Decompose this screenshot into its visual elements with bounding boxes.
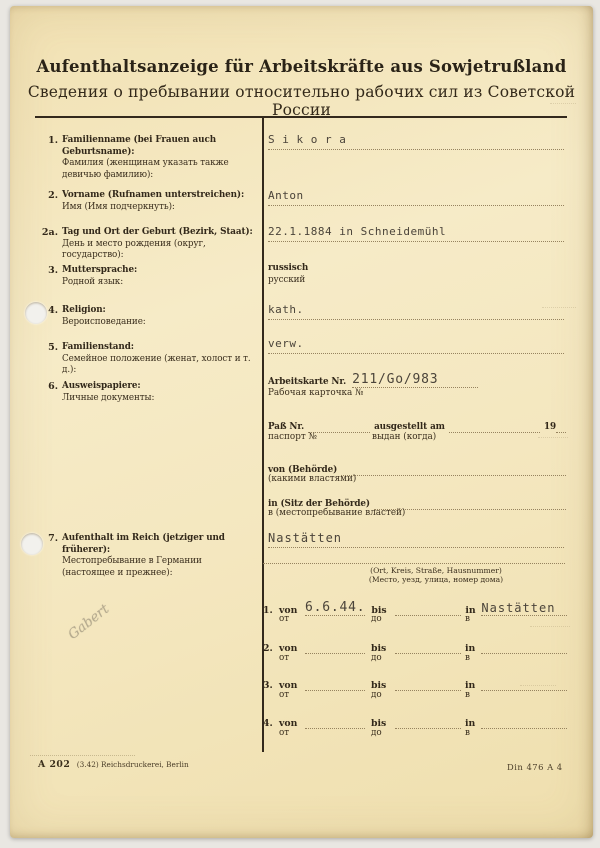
address-caption-russian: (Место, уезд, улица, номер дома) bbox=[305, 575, 567, 585]
field-label-vorname: 2. Vorname (Rufnamen unterstreichen): Им… bbox=[34, 190, 260, 213]
printer-imprint: (3.42) Reichsdruckerei, Berlin bbox=[77, 760, 189, 769]
value-muttersprache: russisch русский bbox=[268, 263, 308, 286]
footer-imprint: A 202 (3.42) Reichsdruckerei, Berlin bbox=[38, 759, 189, 770]
do-label: до bbox=[371, 728, 395, 738]
din-format-label: Din 476 A 4 bbox=[507, 762, 563, 772]
value-von-4 bbox=[305, 715, 365, 729]
value-bis-3 bbox=[395, 677, 461, 691]
field-number: 2. bbox=[34, 190, 62, 213]
field-label-geburt: 2a. Tag und Ort der Geburt (Bezirk, Staa… bbox=[34, 227, 260, 262]
field-label-ausweispapiere: 6. Ausweispapiere: Личные документы: bbox=[34, 381, 260, 404]
bleed-artifact bbox=[530, 625, 570, 627]
field-label-familienname: 1. Familienname (bei Frauen auch Geburts… bbox=[34, 135, 260, 181]
residence-row-2-russian: от до в bbox=[263, 653, 567, 663]
ot-label: от bbox=[279, 653, 305, 663]
v-label: в bbox=[465, 653, 481, 663]
label-russian: Личные документы: bbox=[62, 393, 260, 405]
label-german: Familienname (bei Frauen auch Geburtsnam… bbox=[62, 135, 260, 158]
arbeitskarte-row: Arbeitskarte Nr. 211/Go/983 bbox=[268, 372, 566, 388]
issued-date-line bbox=[449, 420, 540, 433]
arbeitskarte-label-german: Arbeitskarte Nr. bbox=[268, 377, 346, 389]
field-number: 6. bbox=[34, 381, 62, 404]
field-label-familienstand: 5. Familienstand: Семейное положение (же… bbox=[34, 342, 260, 377]
ot-label: от bbox=[279, 728, 305, 738]
year-line bbox=[556, 420, 566, 433]
label-german: Religion: bbox=[62, 305, 260, 317]
scanned-form-document: Aufenthaltsanzeige für Arbeitskräfte aus… bbox=[10, 6, 593, 838]
residence-row-3-russian: от до в bbox=[263, 690, 567, 700]
issued-label-russian: выдан (когда) bbox=[372, 432, 436, 442]
residence-row-1-russian: от до в bbox=[263, 614, 567, 624]
field-number: 3. bbox=[34, 265, 62, 288]
label-russian: Фамилия (женщинам указать также девичью … bbox=[62, 158, 260, 181]
label-german: Vorname (Rufnamen unterstreichen): bbox=[62, 190, 260, 202]
v-label: в bbox=[465, 728, 481, 738]
seat-label-russian: в (местопребывание властей) bbox=[268, 508, 405, 518]
value-in-2 bbox=[481, 640, 567, 654]
value-arbeitskarte-number: 211/Go/983 bbox=[352, 372, 478, 388]
bleed-artifact bbox=[30, 754, 135, 756]
value-vorname: Anton bbox=[268, 189, 564, 206]
value-bis-4 bbox=[395, 715, 461, 729]
v-label: в bbox=[465, 690, 481, 700]
value-familienstand: verw. bbox=[268, 337, 564, 354]
value-bis-2 bbox=[395, 640, 461, 654]
authority-line bbox=[341, 463, 566, 476]
hole-punch-bottom bbox=[21, 533, 43, 555]
pass-number-line bbox=[308, 420, 370, 433]
residence-row-2: 2. von bis in bbox=[263, 640, 567, 654]
value-von-3 bbox=[305, 677, 365, 691]
label-german: Aufenthalt im Reich (jetziger und früher… bbox=[62, 533, 260, 556]
header-divider bbox=[35, 116, 567, 118]
field-number: 5. bbox=[34, 342, 62, 377]
label-german: Ausweispapiere: bbox=[62, 381, 260, 393]
label-russian: Местопребывание в Германии bbox=[62, 556, 260, 568]
hole-punch-top bbox=[25, 302, 47, 324]
authority-label-russian: (какими властями) bbox=[268, 474, 356, 484]
label-russian: Семейное положение (женат, холост и т. д… bbox=[62, 354, 260, 377]
form-code: A 202 bbox=[38, 759, 70, 770]
label-russian: Имя (Имя подчеркнуть): bbox=[62, 202, 260, 214]
value-geburt: 22.1.1884 in Schneidemühl bbox=[268, 225, 564, 242]
field-label-aufenthalt: 7. Aufenthalt im Reich (jetziger und frü… bbox=[34, 533, 260, 579]
value-familienname: S i k o r a bbox=[268, 133, 564, 150]
value-german: russisch bbox=[268, 263, 308, 275]
field-label-muttersprache: 3. Muttersprache: Родной язык: bbox=[34, 265, 260, 288]
form-title-german: Aufenthaltsanzeige für Arbeitskräfte aus… bbox=[10, 57, 593, 76]
bleed-artifact bbox=[520, 684, 556, 686]
field-number: 1. bbox=[34, 135, 62, 181]
label-russian-2: (настоящее и прежнее): bbox=[62, 568, 260, 580]
value-russian: русский bbox=[268, 275, 308, 287]
label-german: Familienstand: bbox=[62, 342, 260, 354]
label-russian: День и место рождения (округ, государств… bbox=[62, 239, 260, 262]
address-line bbox=[263, 562, 565, 564]
bleed-artifact bbox=[538, 436, 568, 438]
label-german: Tag und Ort der Geburt (Bezirk, Staat): bbox=[62, 227, 260, 239]
year-prefix: 19 bbox=[544, 422, 556, 434]
residence-row-4: 4. von bis in bbox=[263, 715, 567, 729]
form-title-russian: Сведения о пребывании относительно рабоч… bbox=[10, 83, 593, 119]
value-von-2 bbox=[305, 640, 365, 654]
do-label: до bbox=[371, 614, 395, 624]
value-religion: kath. bbox=[268, 303, 564, 320]
do-label: до bbox=[371, 690, 395, 700]
pass-label-russian: паспорт № bbox=[268, 432, 317, 442]
do-label: до bbox=[371, 653, 395, 663]
bleed-artifact bbox=[550, 102, 576, 104]
label-german: Muttersprache: bbox=[62, 265, 260, 277]
field-label-religion: 4. Religion: Вероисповедание: bbox=[34, 305, 260, 328]
arbeitskarte-label-russian: Рабочая карточка № bbox=[268, 388, 363, 398]
label-russian: Вероисповедание: bbox=[62, 317, 260, 329]
ot-label: от bbox=[279, 690, 305, 700]
value-aufenthalt: Nastätten bbox=[268, 531, 564, 548]
v-label: в bbox=[465, 614, 481, 624]
residence-row-4-russian: от до в bbox=[263, 728, 567, 738]
bleed-artifact bbox=[542, 306, 576, 308]
pencil-handwriting: Gabert bbox=[65, 601, 112, 643]
label-russian: Родной язык: bbox=[62, 277, 260, 289]
ot-label: от bbox=[279, 614, 305, 624]
value-in-4 bbox=[481, 715, 567, 729]
field-number: 2a. bbox=[34, 227, 62, 262]
